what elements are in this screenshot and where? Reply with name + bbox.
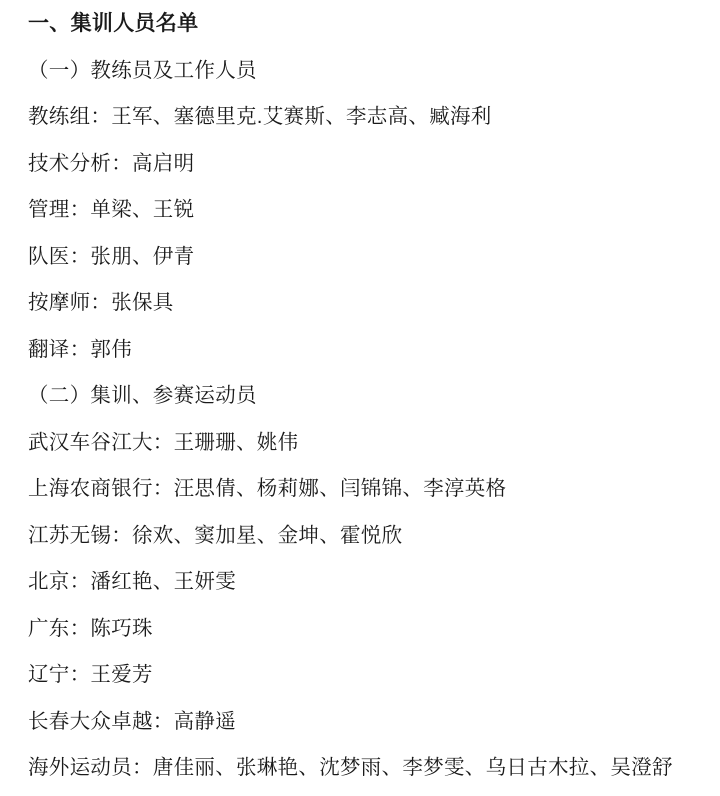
personnel-list: （一）教练员及工作人员教练组：王军、塞德里克.艾赛斯、李志高、臧海利技术分析：高… bbox=[28, 48, 700, 792]
personnel-entry: 技术分析：高启明 bbox=[28, 141, 700, 188]
personnel-entry: 队医：张朋、伊青 bbox=[28, 234, 700, 281]
document-body: 一、集训人员名单 （一）教练员及工作人员教练组：王军、塞德里克.艾赛斯、李志高、… bbox=[0, 0, 720, 792]
section-heading-2: （二）集训、参赛运动员 bbox=[28, 373, 700, 420]
personnel-entry: 管理：单梁、王锐 bbox=[28, 187, 700, 234]
personnel-entry: 辽宁：王爱芳 bbox=[28, 652, 700, 699]
personnel-entry: 江苏无锡：徐欢、窦加星、金坤、霍悦欣 bbox=[28, 513, 700, 560]
personnel-entry: 长春大众卓越：高静遥 bbox=[28, 699, 700, 746]
personnel-entry: 海外运动员：唐佳丽、张琳艳、沈梦雨、李梦雯、乌日古木拉、吴澄舒 bbox=[28, 745, 700, 792]
document-title: 一、集训人员名单 bbox=[28, 1, 700, 48]
section-heading-1: （一）教练员及工作人员 bbox=[28, 48, 700, 95]
personnel-entry: 按摩师：张保具 bbox=[28, 280, 700, 327]
personnel-entry: 翻译：郭伟 bbox=[28, 327, 700, 374]
personnel-entry: 广东：陈巧珠 bbox=[28, 606, 700, 653]
personnel-entry: 北京：潘红艳、王妍雯 bbox=[28, 559, 700, 606]
personnel-entry: 武汉车谷江大：王珊珊、姚伟 bbox=[28, 420, 700, 467]
personnel-entry: 教练组：王军、塞德里克.艾赛斯、李志高、臧海利 bbox=[28, 94, 700, 141]
personnel-entry: 上海农商银行：汪思倩、杨莉娜、闫锦锦、李淳英格 bbox=[28, 466, 700, 513]
